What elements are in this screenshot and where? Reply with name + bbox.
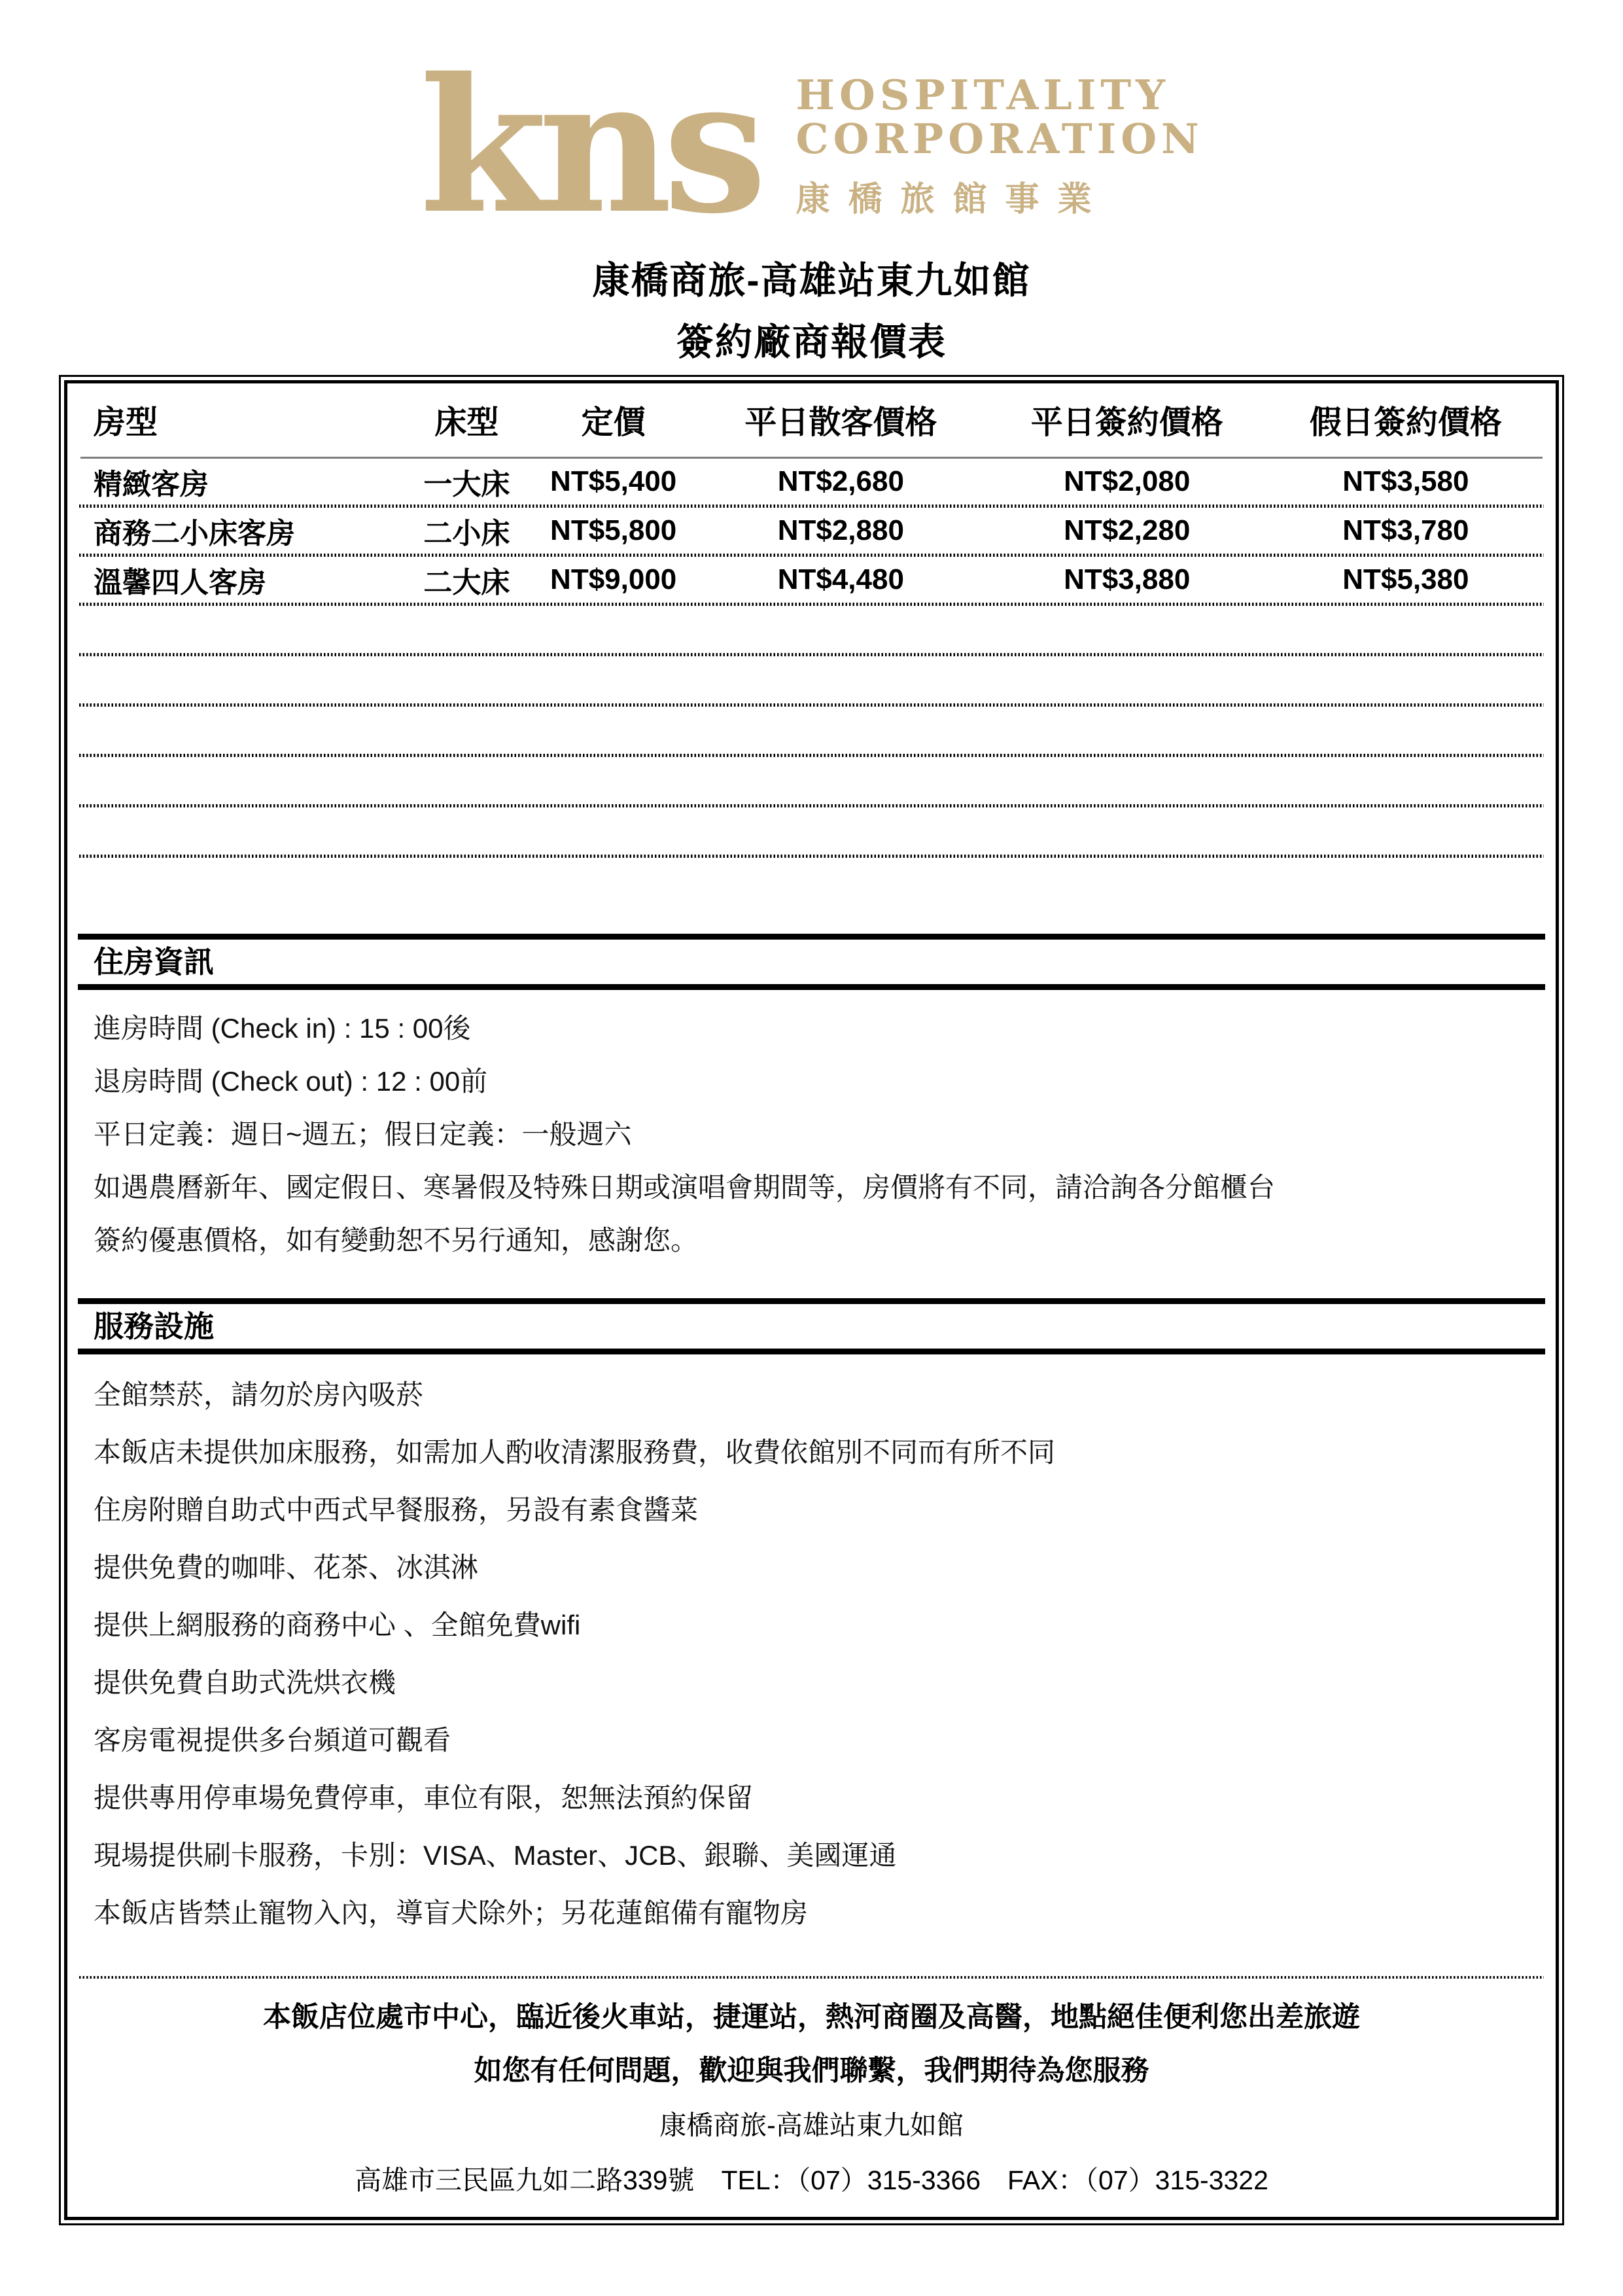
column-header-weekday-contract: 平日簽約價格 <box>988 397 1266 443</box>
info-line-checkin: 進房時間 (Check in) : 15 : 00後 <box>78 1002 1545 1055</box>
facility-line-free-drinks: 提供免費的咖啡、花茶、冰淇淋 <box>78 1539 1545 1597</box>
quotation-document: kns HOSPITALITY CORPORATION 康橋旅館事業 康橋商旅-… <box>0 0 1623 2296</box>
section-heading-facilities: 服務設施 <box>78 1298 1545 1354</box>
column-header-room-type: 房型 <box>78 397 400 443</box>
table-row: 商務二小床客房 二小床 NT$5,800 NT$2,880 NT$2,280 N… <box>78 508 1545 554</box>
list-price-cell: NT$9,000 <box>532 563 694 596</box>
empty-table-row <box>78 858 1545 896</box>
facilities-body: 全館禁菸，請勿於房內吸菸 本飯店未提供加床服務，如需加人酌收清潔服務費，收費依館… <box>78 1354 1545 1949</box>
facility-line-pets: 本飯店皆禁止寵物入內，導盲犬除外；另花蓮館備有寵物房 <box>78 1884 1545 1942</box>
empty-table-row <box>78 757 1545 804</box>
column-header-holiday-contract: 假日簽約價格 <box>1266 397 1545 443</box>
company-name-line2: CORPORATION <box>795 117 1203 161</box>
logo-company-block: HOSPITALITY CORPORATION 康橋旅館事業 <box>795 73 1203 221</box>
weekday-walkin-cell: NT$2,680 <box>694 465 988 498</box>
holiday-contract-cell: NT$3,780 <box>1266 514 1545 547</box>
bed-type-cell: 二大床 <box>400 559 532 601</box>
room-type-cell: 商務二小床客房 <box>78 510 400 552</box>
section-heading-lodging-info: 住房資訊 <box>78 934 1545 990</box>
weekday-walkin-cell: NT$2,880 <box>694 514 988 547</box>
table-header-row: 房型 床型 定價 平日散客價格 平日簽約價格 假日簽約價格 <box>78 383 1545 457</box>
page-title: 康橋商旅-高雄站東九如館 <box>0 251 1623 304</box>
company-name-chinese: 康橋旅館事業 <box>795 171 1203 221</box>
column-header-list-price: 定價 <box>532 397 694 443</box>
kns-logo: kns <box>419 75 758 219</box>
logo-row: kns HOSPITALITY CORPORATION 康橋旅館事業 <box>0 73 1623 221</box>
empty-table-row <box>78 656 1545 703</box>
empty-table-row <box>78 807 1545 855</box>
info-line-checkout: 退房時間 (Check out) : 12 : 00前 <box>78 1055 1545 1108</box>
empty-table-row <box>78 707 1545 754</box>
facility-line-no-smoking: 全館禁菸，請勿於房內吸菸 <box>78 1366 1545 1424</box>
facility-line-business-center-wifi: 提供上網服務的商務中心 、全館免費wifi <box>78 1597 1545 1654</box>
lodging-info-body: 進房時間 (Check in) : 15 : 00後 退房時間 (Check o… <box>78 990 1545 1273</box>
bed-type-cell: 一大床 <box>400 461 532 503</box>
empty-table-row <box>78 606 1545 653</box>
column-header-weekday-walkin: 平日散客價格 <box>694 397 988 443</box>
weekday-contract-cell: NT$2,280 <box>988 514 1266 547</box>
footer-contact-invite-line: 如您有任何問題，歡迎與我們聯繫，我們期待為您服務 <box>78 2044 1545 2098</box>
weekday-walkin-cell: NT$4,480 <box>694 563 988 596</box>
column-header-bed-type: 床型 <box>400 397 532 443</box>
logo-block: kns HOSPITALITY CORPORATION 康橋旅館事業 <box>0 73 1623 221</box>
section-facilities: 服務設施 全館禁菸，請勿於房內吸菸 本飯店未提供加床服務，如需加人酌收清潔服務費… <box>78 1298 1545 1949</box>
facility-line-credit-cards: 現場提供刷卡服務，卡別：VISA、Master、JCB、銀聯、美國運通 <box>78 1827 1545 1884</box>
info-line-price-change-notice: 簽約優惠價格，如有變動恕不另行通知，感謝您。 <box>78 1214 1545 1267</box>
info-line-special-dates: 如遇農曆新年、國定假日、寒暑假及特殊日期或演唱會期間等，房價將有不同，請洽詢各分… <box>78 1161 1545 1214</box>
content-frame-inner: 房型 床型 定價 平日散客價格 平日簽約價格 假日簽約價格 精緻客房 一大床 N… <box>64 380 1559 2220</box>
facility-line-laundry: 提供免費自助式洗烘衣機 <box>78 1654 1545 1712</box>
facility-line-breakfast: 住房附贈自助式中西式早餐服務，另設有素食醬菜 <box>78 1481 1545 1539</box>
weekday-contract-cell: NT$3,880 <box>988 563 1266 596</box>
list-price-cell: NT$5,400 <box>532 465 694 498</box>
footer-address-phone: 高雄市三民區九如二路339號 TEL：（07）315-3366 FAX：（07）… <box>78 2153 1545 2208</box>
section-lodging-info: 住房資訊 進房時間 (Check in) : 15 : 00後 退房時間 (Ch… <box>78 934 1545 1273</box>
room-type-cell: 精緻客房 <box>78 461 400 503</box>
footer-hotel-name: 康橋商旅-高雄站東九如館 <box>78 2098 1545 2153</box>
footer-divider <box>79 1976 1544 1979</box>
page-subtitle: 簽約廠商報價表 <box>0 312 1623 366</box>
list-price-cell: NT$5,800 <box>532 514 694 547</box>
content-frame: 房型 床型 定價 平日散客價格 平日簽約價格 假日簽約價格 精緻客房 一大床 N… <box>59 375 1564 2225</box>
facility-line-tv-channels: 客房電視提供多台頻道可觀看 <box>78 1712 1545 1769</box>
holiday-contract-cell: NT$3,580 <box>1266 465 1545 498</box>
holiday-contract-cell: NT$5,380 <box>1266 563 1545 596</box>
price-table: 房型 床型 定價 平日散客價格 平日簽約價格 假日簽約價格 精緻客房 一大床 N… <box>78 383 1545 896</box>
table-row: 溫馨四人客房 二大床 NT$9,000 NT$4,480 NT$3,880 NT… <box>78 557 1545 603</box>
company-name-line1: HOSPITALITY <box>795 73 1203 117</box>
info-line-day-definition: 平日定義：週日~週五；假日定義：一般週六 <box>78 1108 1545 1161</box>
bed-type-cell: 二小床 <box>400 510 532 552</box>
room-type-cell: 溫馨四人客房 <box>78 559 400 601</box>
weekday-contract-cell: NT$2,080 <box>988 465 1266 498</box>
facility-line-no-extra-bed: 本飯店未提供加床服務，如需加人酌收清潔服務費，收費依館別不同而有所不同 <box>78 1424 1545 1481</box>
facility-line-parking: 提供專用停車場免費停車，車位有限，恕無法預約保留 <box>78 1769 1545 1827</box>
footer-location-line: 本飯店位處市中心，臨近後火車站，捷運站，熱河商圈及高醫，地點絕佳便利您出差旅遊 <box>78 1990 1545 2044</box>
table-row: 精緻客房 一大床 NT$5,400 NT$2,680 NT$2,080 NT$3… <box>78 459 1545 504</box>
